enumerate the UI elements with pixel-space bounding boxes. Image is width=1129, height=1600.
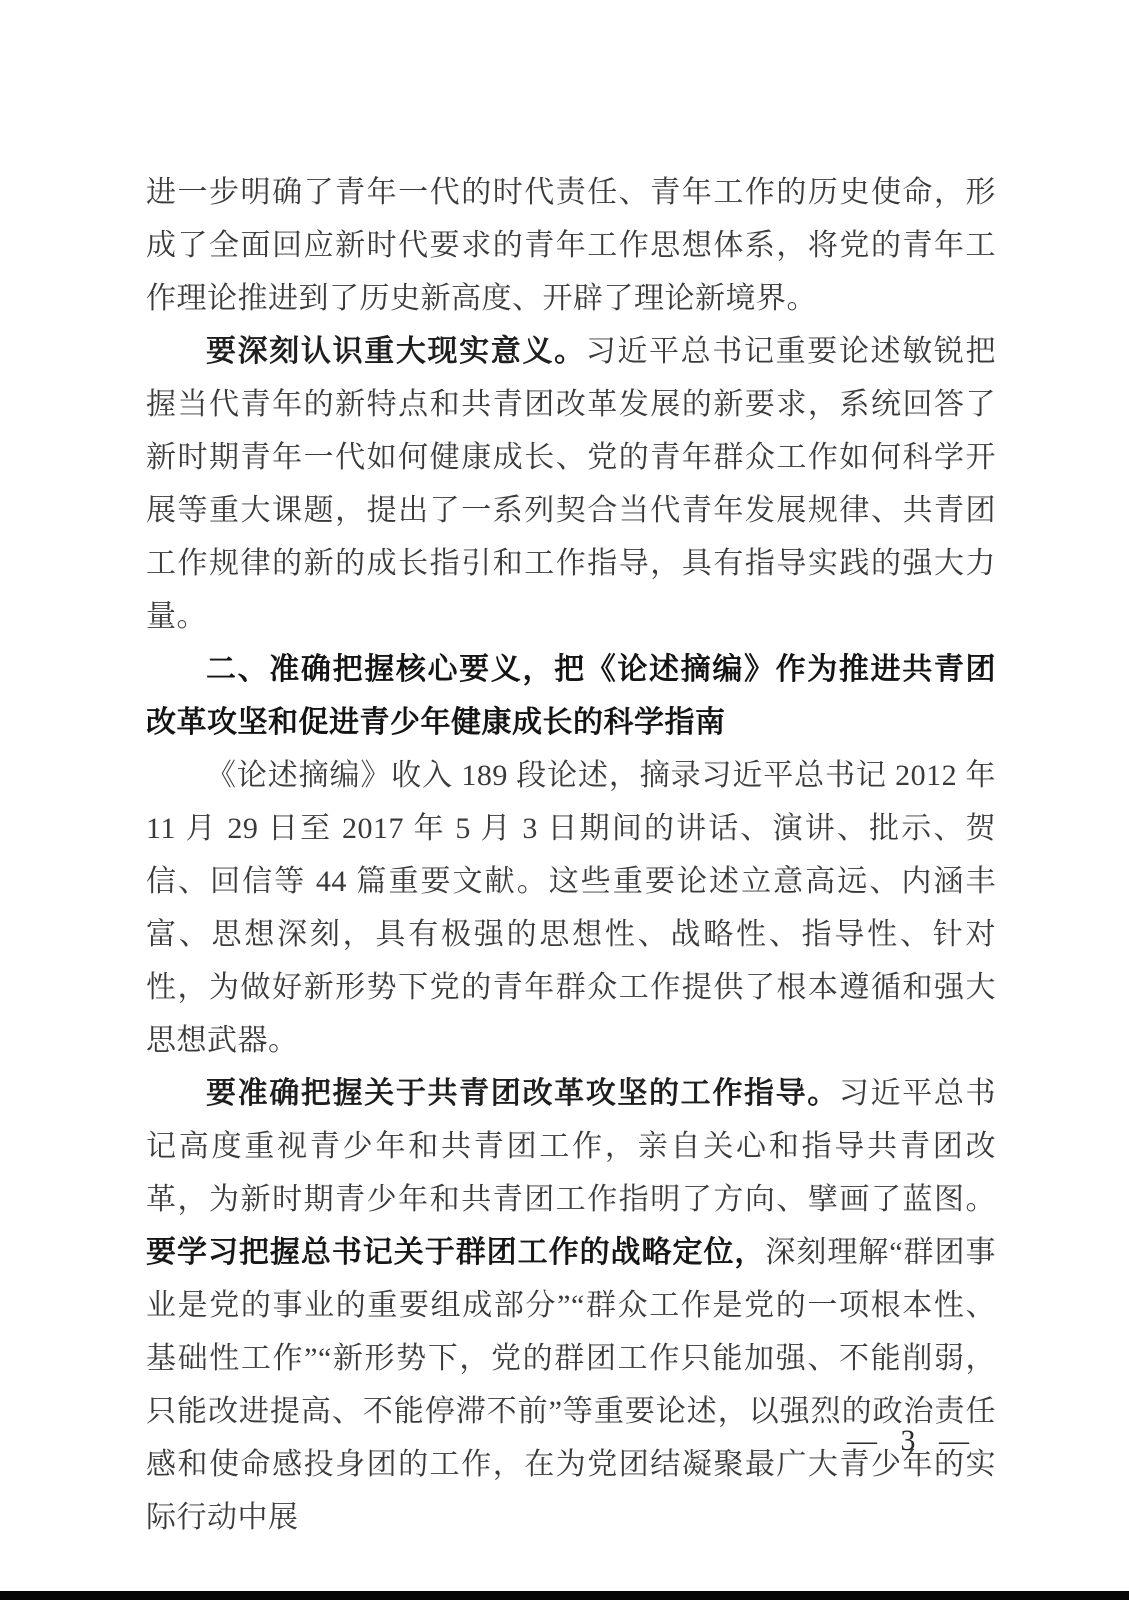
text-run-bold-sans: 要学习把握总书记关于群团工作的战略定位，	[146, 1236, 765, 1269]
paragraph: 《论述摘编》收入 189 段论述，摘录习近平总书记 2012 年 11 月 29…	[146, 749, 996, 1067]
text-run-normal: 习近平总书记重要论述敏锐把握当代青年的新特点和共青团改革发展的新要求，系统回答了…	[146, 335, 996, 633]
paragraph: 要深刻认识重大现实意义。习近平总书记重要论述敏锐把握当代青年的新特点和共青团改革…	[146, 325, 996, 643]
text-run-normal: 深刻理解“群团事业是党的事业的重要组成部分”“群众工作是党的一项根本性、基础性工…	[146, 1236, 996, 1534]
paragraph: 进一步明确了青年一代的时代责任、青年工作的历史使命，形成了全面回应新时代要求的青…	[146, 166, 996, 325]
text-run-normal: 《论述摘编》收入 189 段论述，摘录习近平总书记 2012 年 11 月 29…	[146, 759, 996, 1057]
paragraph: 要准确把握关于共青团改革攻坚的工作指导。习近平总书记高度重视青少年和共青团工作，…	[146, 1067, 996, 1544]
text-run-bold-sans: 二、准确把握核心要义，把《论述摘编》作为推进共青团改革攻坚和促进青少年健康成长的…	[146, 653, 996, 739]
document-page: 进一步明确了青年一代的时代责任、青年工作的历史使命，形成了全面回应新时代要求的青…	[0, 0, 1129, 1600]
text-run-bold-serif: 要准确把握关于共青团改革攻坚的工作指导。	[206, 1077, 839, 1110]
text-run-bold-serif: 要深刻认识重大现实意义。	[206, 335, 586, 368]
page-number: — 3 —	[847, 1424, 977, 1458]
section-heading: 二、准确把握核心要义，把《论述摘编》作为推进共青团改革攻坚和促进青少年健康成长的…	[146, 643, 996, 749]
text-run-normal: 进一步明确了青年一代的时代责任、青年工作的历史使命，形成了全面回应新时代要求的青…	[146, 176, 996, 315]
document-body: 进一步明确了青年一代的时代责任、青年工作的历史使命，形成了全面回应新时代要求的青…	[146, 166, 996, 1544]
bottom-edge-bar	[0, 1591, 1129, 1600]
